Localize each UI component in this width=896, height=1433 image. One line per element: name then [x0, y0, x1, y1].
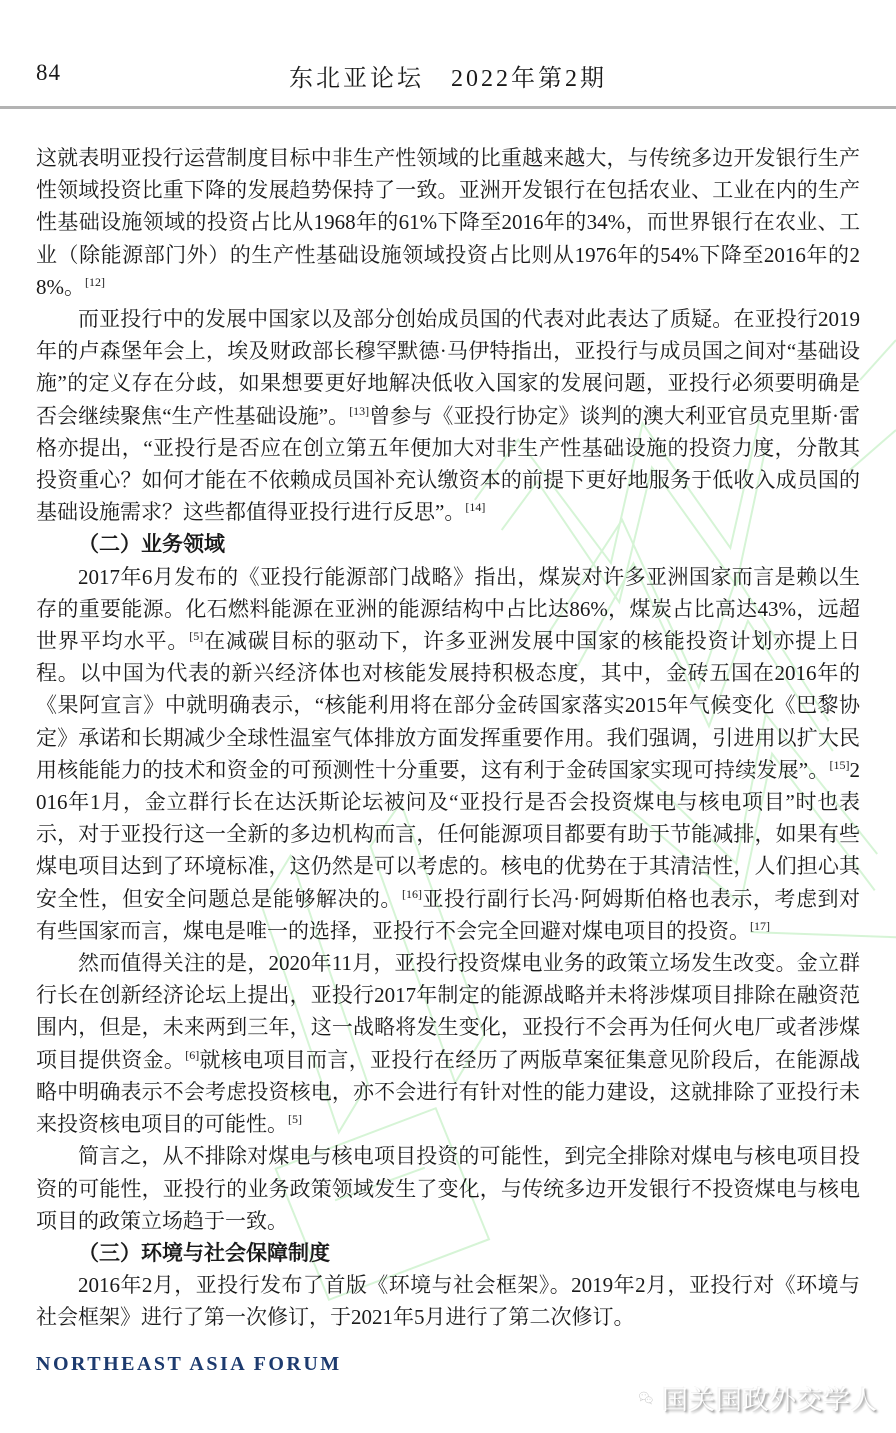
journal-name-english: NORTHEAST ASIA FORUM [36, 1353, 342, 1376]
wechat-icon [638, 1375, 654, 1421]
article-body: 这就表明亚投行运营制度目标中非生产性领域的比重越来越大，与传统多边开发银行生产性… [36, 142, 860, 1334]
paragraph: 简言之，从不排除对煤电与核电项目投资的可能性，到完全排除对煤电与核电项目投资的可… [36, 1140, 860, 1237]
paragraph: 2017年6月发布的《亚投行能源部门战略》指出，煤炭对许多亚洲国家而言是赖以生存… [36, 561, 860, 947]
section-heading: （三）环境与社会保障制度 [36, 1237, 860, 1269]
journal-page: 84 东北亚论坛 2022年第2期 这就表明亚投行运营制度目标中非生产性领域的比… [0, 0, 896, 1433]
wechat-account-name: 国关国政外交学人 [662, 1380, 878, 1417]
wechat-account-logo: 国关国政外交学人 [638, 1372, 878, 1424]
paragraph: 2016年2月，亚投行发布了首版《环境与社会框架》。2019年2月，亚投行对《环… [36, 1269, 860, 1333]
paragraph: 这就表明亚投行运营制度目标中非生产性领域的比重越来越大，与传统多边开发银行生产性… [36, 142, 860, 303]
journal-header-title: 东北亚论坛 2022年第2期 [0, 58, 896, 93]
paragraph: 而亚投行中的发展中国家以及部分创始成员国的代表对此表达了质疑。在亚投行2019年… [36, 303, 860, 528]
section-heading: （二）业务领域 [36, 528, 860, 560]
paragraph: 然而值得关注的是，2020年11月，亚投行投资煤电业务的政策立场发生改变。金立群… [36, 947, 860, 1140]
header-divider [0, 106, 896, 109]
